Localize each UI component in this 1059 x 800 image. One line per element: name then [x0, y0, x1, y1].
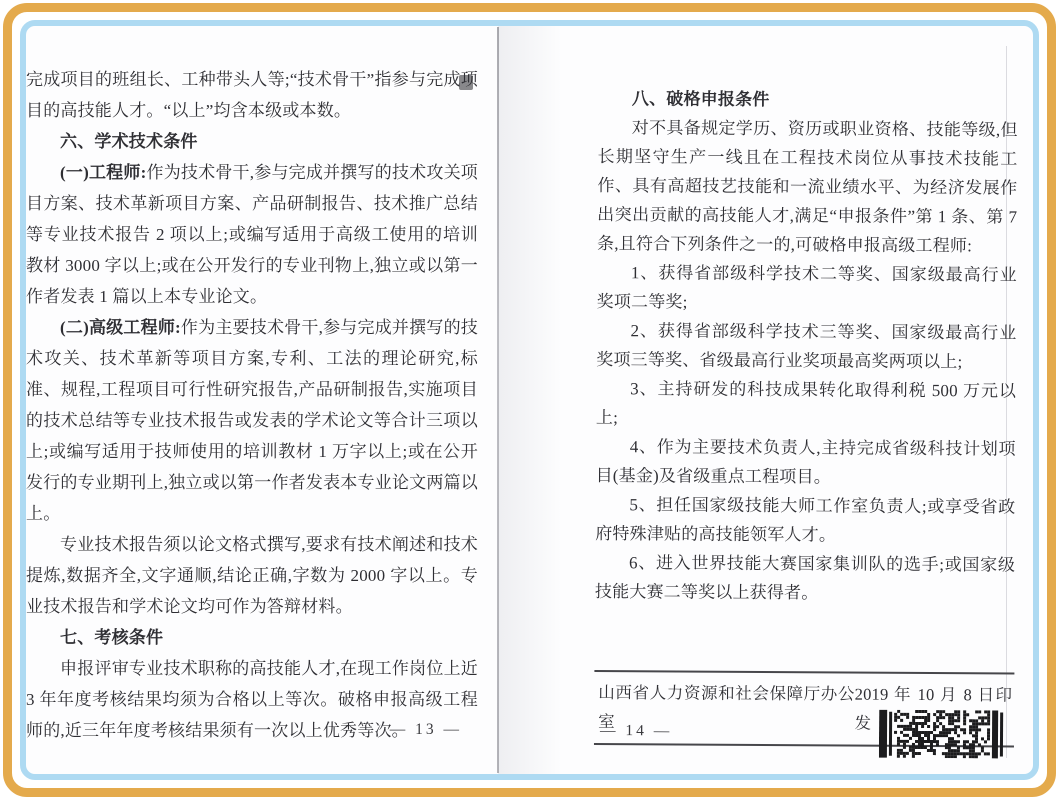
- exception-item-5: 5、担任国家级技能大师工作室负责人;或享受省政府特殊津贴的高技能领军人才。: [595, 490, 1015, 551]
- exception-item-1: 1、获得省部级科学技术二等奖、国家级最高行业奖项二等奖;: [597, 258, 1017, 319]
- page-number-13: — 13 —: [390, 714, 462, 745]
- section-6-heading: 六、学术技术条件: [26, 126, 478, 157]
- page-fold-line: [497, 27, 499, 773]
- page-14: 八、破格申报条件 对不具备规定学历、资历或职业资格、技能等级,但长期坚守生产一线…: [594, 84, 1018, 777]
- page-13: 完成项目的班组长、工种带头人等;“技术骨干”指参与完成项目的高技能人才。“以上”…: [26, 64, 478, 756]
- exception-item-4: 4、作为主要技术负责人,主持完成省级科技计划项目(基金)及省级重点工程项目。: [596, 432, 1016, 493]
- scanned-document-spread: 完成项目的班组长、工种带头人等;“技术骨干”指参与完成项目的高技能人才。“以上”…: [0, 0, 1059, 800]
- engineer-label: (一)工程师:: [60, 163, 146, 182]
- page-number-14: — 14 —: [600, 716, 672, 745]
- barcode: [879, 710, 1007, 759]
- senior-engineer-label: (二)高级工程师:: [60, 318, 181, 337]
- exception-item-3: 3、主持研发的科技成果转化取得利税 500 万元以上;: [596, 374, 1016, 435]
- continuation-paragraph: 完成项目的班组长、工种带头人等;“技术骨干”指参与完成项目的高技能人才。“以上”…: [26, 64, 478, 126]
- senior-engineer-paragraph: (二)高级工程师:作为主要技术骨干,参与完成并撰写的技术攻关、技术革新等项目方案…: [26, 312, 478, 529]
- report-format-paragraph: 专业技术报告须以论文格式撰写,要求有技术阐述和技术提炼,数据齐全,文字通顺,结论…: [26, 529, 478, 622]
- page-gutter-shadow: [498, 26, 573, 774]
- exception-item-6: 6、进入世界技能大赛国家集训队的选手;或国家级技能大赛二等奖以上获得者。: [595, 548, 1015, 609]
- section-7-heading: 七、考核条件: [26, 622, 478, 653]
- section-8-heading: 八、破格申报条件: [598, 84, 1018, 116]
- senior-engineer-text: 作为主要技术骨干,参与完成并撰写的技术攻关、技术革新等项目方案,专利、工法的理论…: [26, 318, 478, 523]
- exception-item-2: 2、获得省部级科学技术三等奖、国家级最高行业奖项三等奖、省级最高行业奖项最高奖两…: [596, 316, 1016, 377]
- engineer-text: 作为技术骨干,参与完成并撰写的技术攻关项目方案、技术革新项目方案、产品研制报告、…: [26, 163, 478, 306]
- engineer-paragraph: (一)工程师:作为技术骨干,参与完成并撰写的技术攻关项目方案、技术革新项目方案、…: [26, 157, 478, 312]
- exception-intro-paragraph: 对不具备规定学历、资历或职业资格、技能等级,但长期坚守生产一线且在工程技术岗位从…: [597, 113, 1018, 261]
